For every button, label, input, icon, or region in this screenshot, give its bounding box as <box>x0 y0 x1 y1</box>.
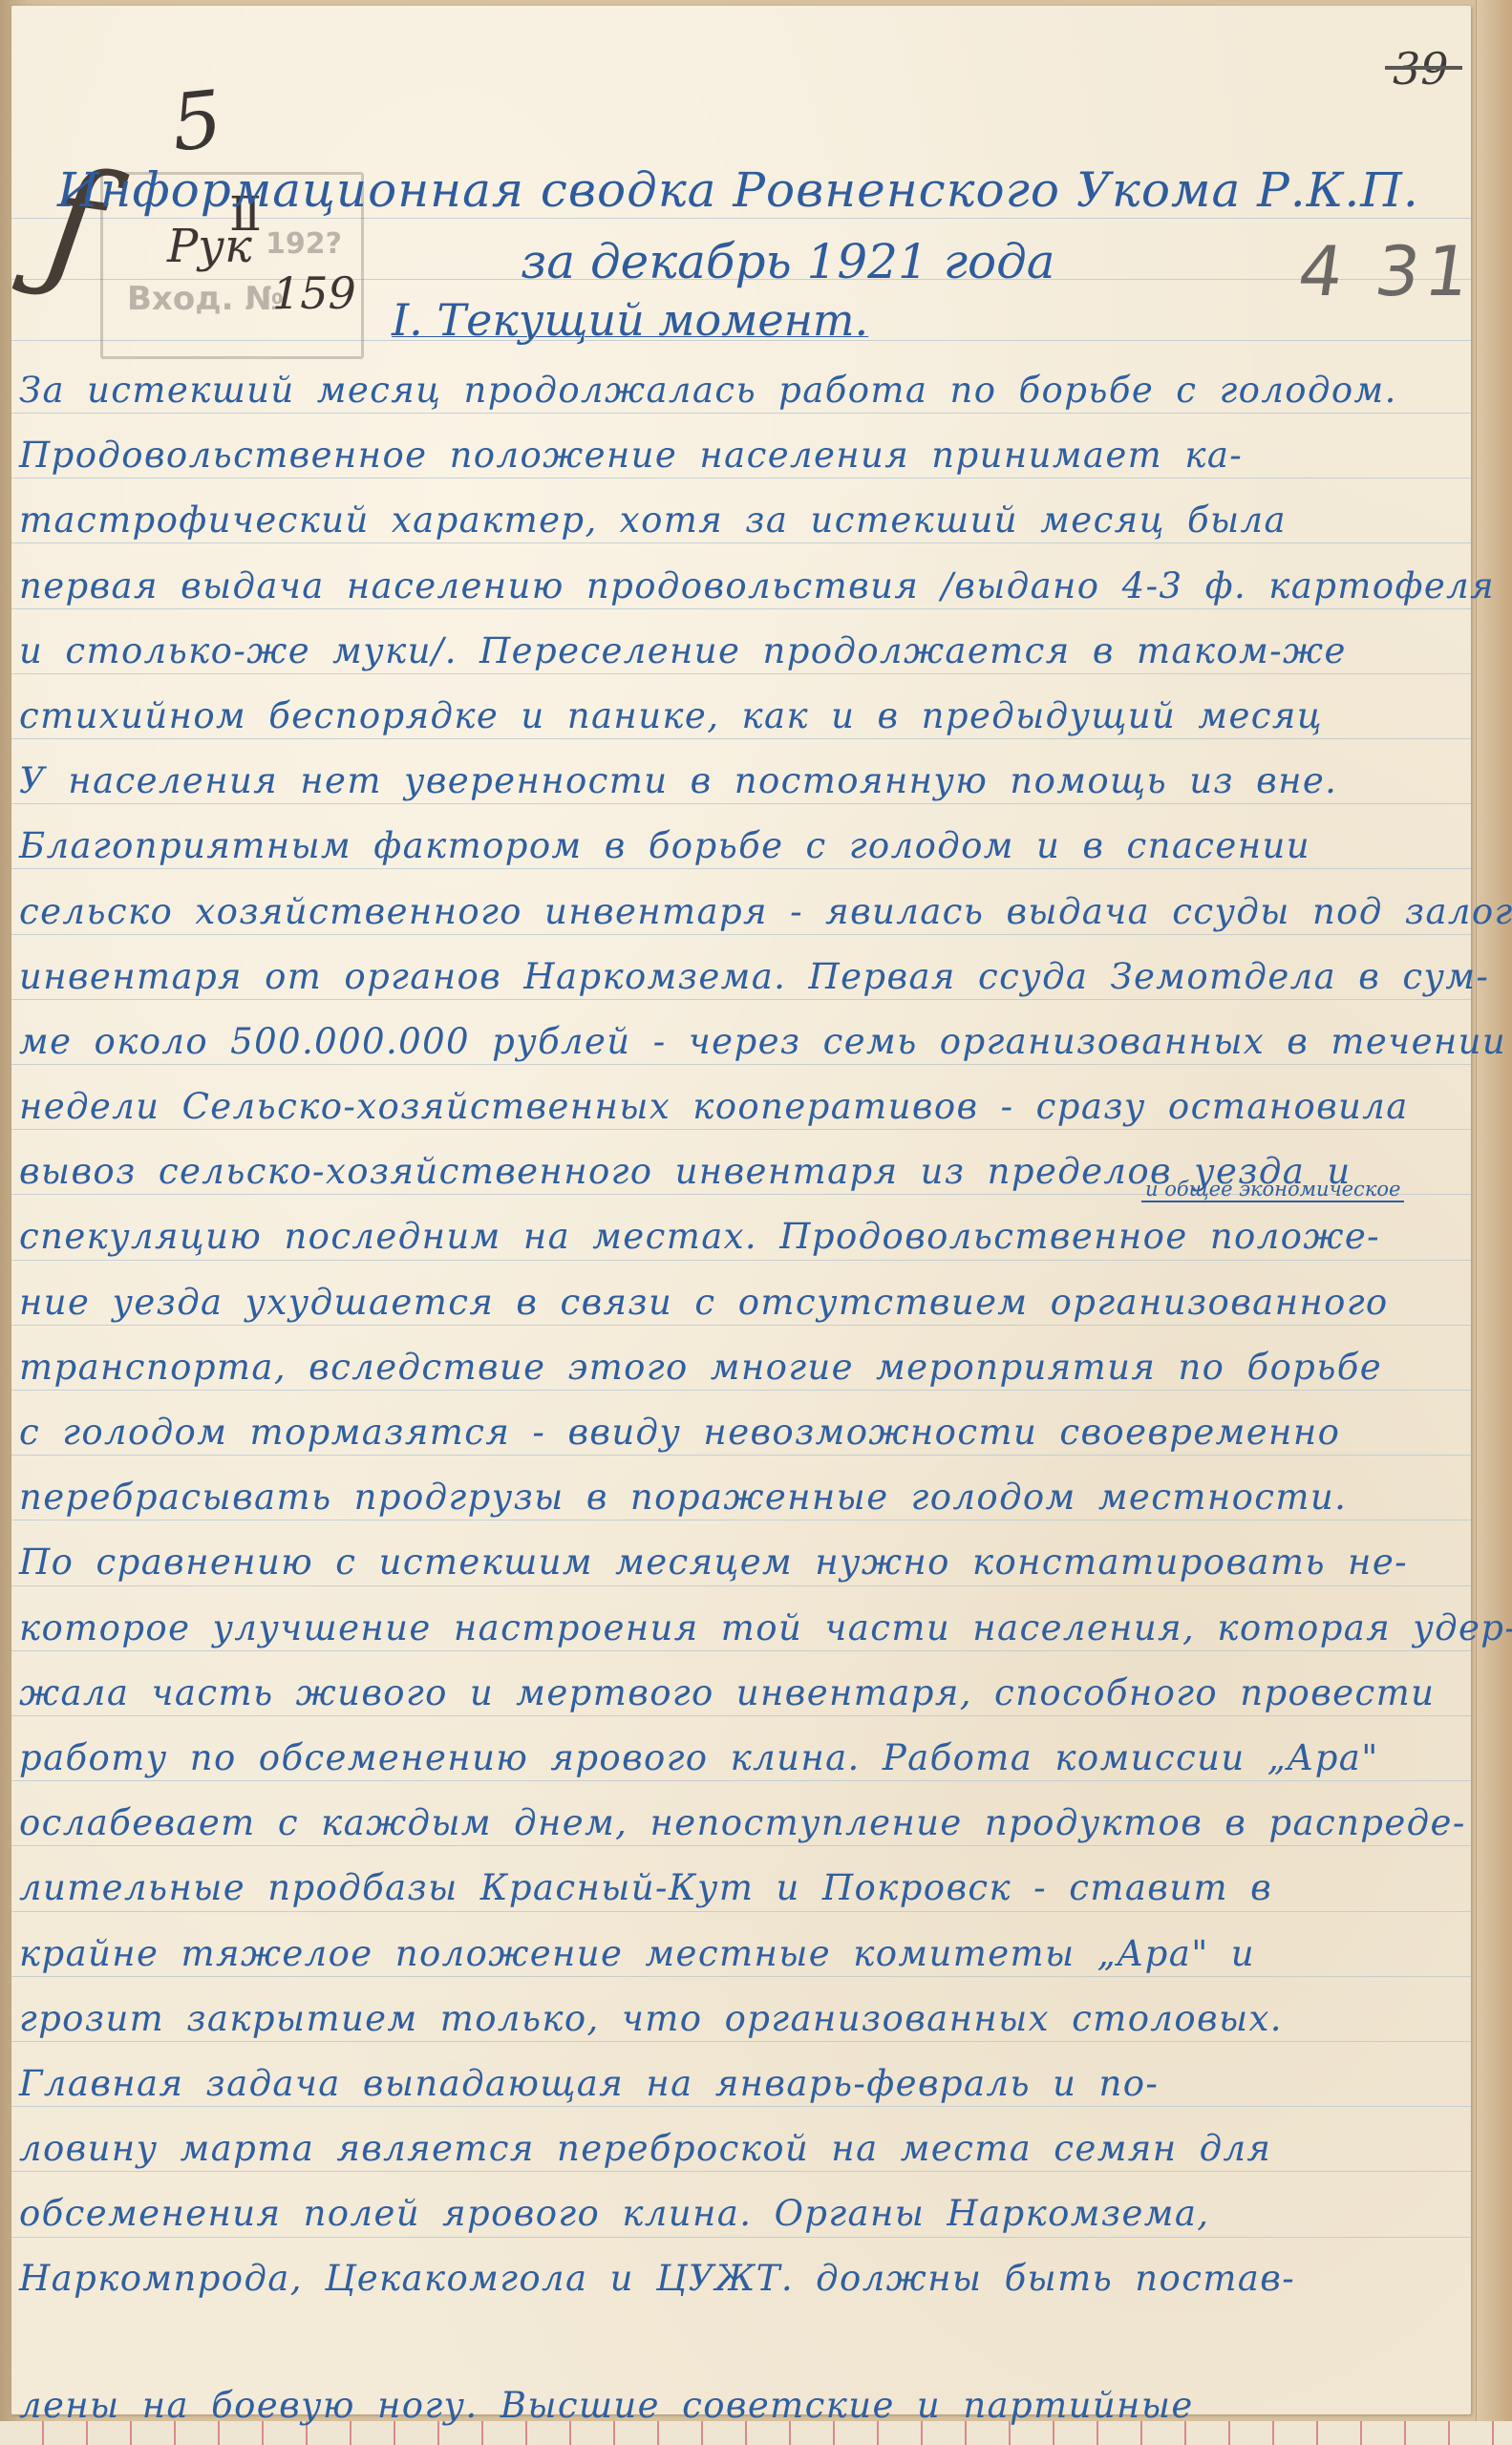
text-line: У населения нет уверенности в постоянную… <box>19 754 1471 819</box>
text-line: стихийном беспорядке и панике, как и в п… <box>19 689 1471 754</box>
text-line: недели Сельско-хозяйственных кооперативо… <box>19 1079 1471 1144</box>
corner-mark: 5 <box>167 74 226 170</box>
text-line: крайне тяжелое положение местные комитет… <box>19 1926 1471 1991</box>
text-line: инвентаря от органов Наркомзема. Первая … <box>19 949 1471 1014</box>
text-line: лены на боевую ногу. Высшие советские и … <box>19 2378 1471 2443</box>
text-line: ловину марта является переброской на мес… <box>19 2121 1471 2186</box>
text-line: обсеменения полей ярового клина. Органы … <box>19 2186 1471 2251</box>
document-title: Информационная сводка Ровненского Укома … <box>57 162 1419 218</box>
text-line: Главная задача выпадающая на январь-февр… <box>19 2056 1471 2121</box>
text-line: грозит закрытием только, что организован… <box>19 1991 1471 2056</box>
text-line: Наркомпрода, Цекакомгола и ЦУЖТ. должны … <box>19 2251 1471 2316</box>
text-line: Благоприятным фактором в борьбе с голодо… <box>19 819 1471 883</box>
report-body: За истекший месяц продолжалась работа по… <box>19 363 1471 2443</box>
text-line: ме около 500.000.000 рублей - через семь… <box>19 1014 1471 1079</box>
text-line: лительные продбазы Красный-Кут и Покровс… <box>19 1860 1471 1925</box>
text-line: с голодом тормазятся - ввиду невозможнос… <box>19 1405 1471 1470</box>
pencil-archive-number: 4 31 <box>1293 231 1480 311</box>
marginal-insertion: и общее экономическое <box>1141 1178 1404 1202</box>
text-line: ние уезда ухудшается в связи с отсутстви… <box>19 1275 1471 1340</box>
document-period: за декабрь 1921 года <box>521 234 1055 289</box>
text-line: тастрофический характер, хотя за истекши… <box>19 493 1471 558</box>
stamp-year: 192? <box>266 227 342 261</box>
text-line: По сравнению с истекшим месяцем нужно ко… <box>19 1535 1471 1600</box>
text-line: перебрасывать продгрузы в пораженные гол… <box>19 1470 1471 1535</box>
strikethrough <box>1385 66 1462 70</box>
page-number-struck: 39 <box>1393 43 1449 95</box>
text-line: ослабевает с каждым днем, непоступление … <box>19 1796 1471 1860</box>
text-line: спекуляцию последним на местах. Продовол… <box>19 1209 1471 1274</box>
section-heading: I. Текущий момент. <box>392 294 868 346</box>
text-line: которое улучшение настроения той части н… <box>19 1601 1471 1666</box>
registry-number: 159 <box>272 267 356 319</box>
text-line: жала часть живого и мертвого инвентаря, … <box>19 1666 1471 1731</box>
text-line: За истекший месяц продолжалась работа по… <box>19 363 1471 428</box>
text-line: и столько-же муки/. Переселение продолжа… <box>19 624 1471 689</box>
text-line: первая выдача населению продовольствия /… <box>19 559 1471 624</box>
stamp-label: Вход. № <box>127 280 284 318</box>
text-line: транспорта, вследствие этого многие меро… <box>19 1340 1471 1405</box>
text-line: Продовольственное положение населения пр… <box>19 428 1471 493</box>
text-line: сельско хозяйственного инвентаря - явила… <box>19 884 1471 949</box>
binding-edge <box>1476 0 1512 2445</box>
text-line: работу по обсеменению ярового клина. Раб… <box>19 1731 1471 1796</box>
